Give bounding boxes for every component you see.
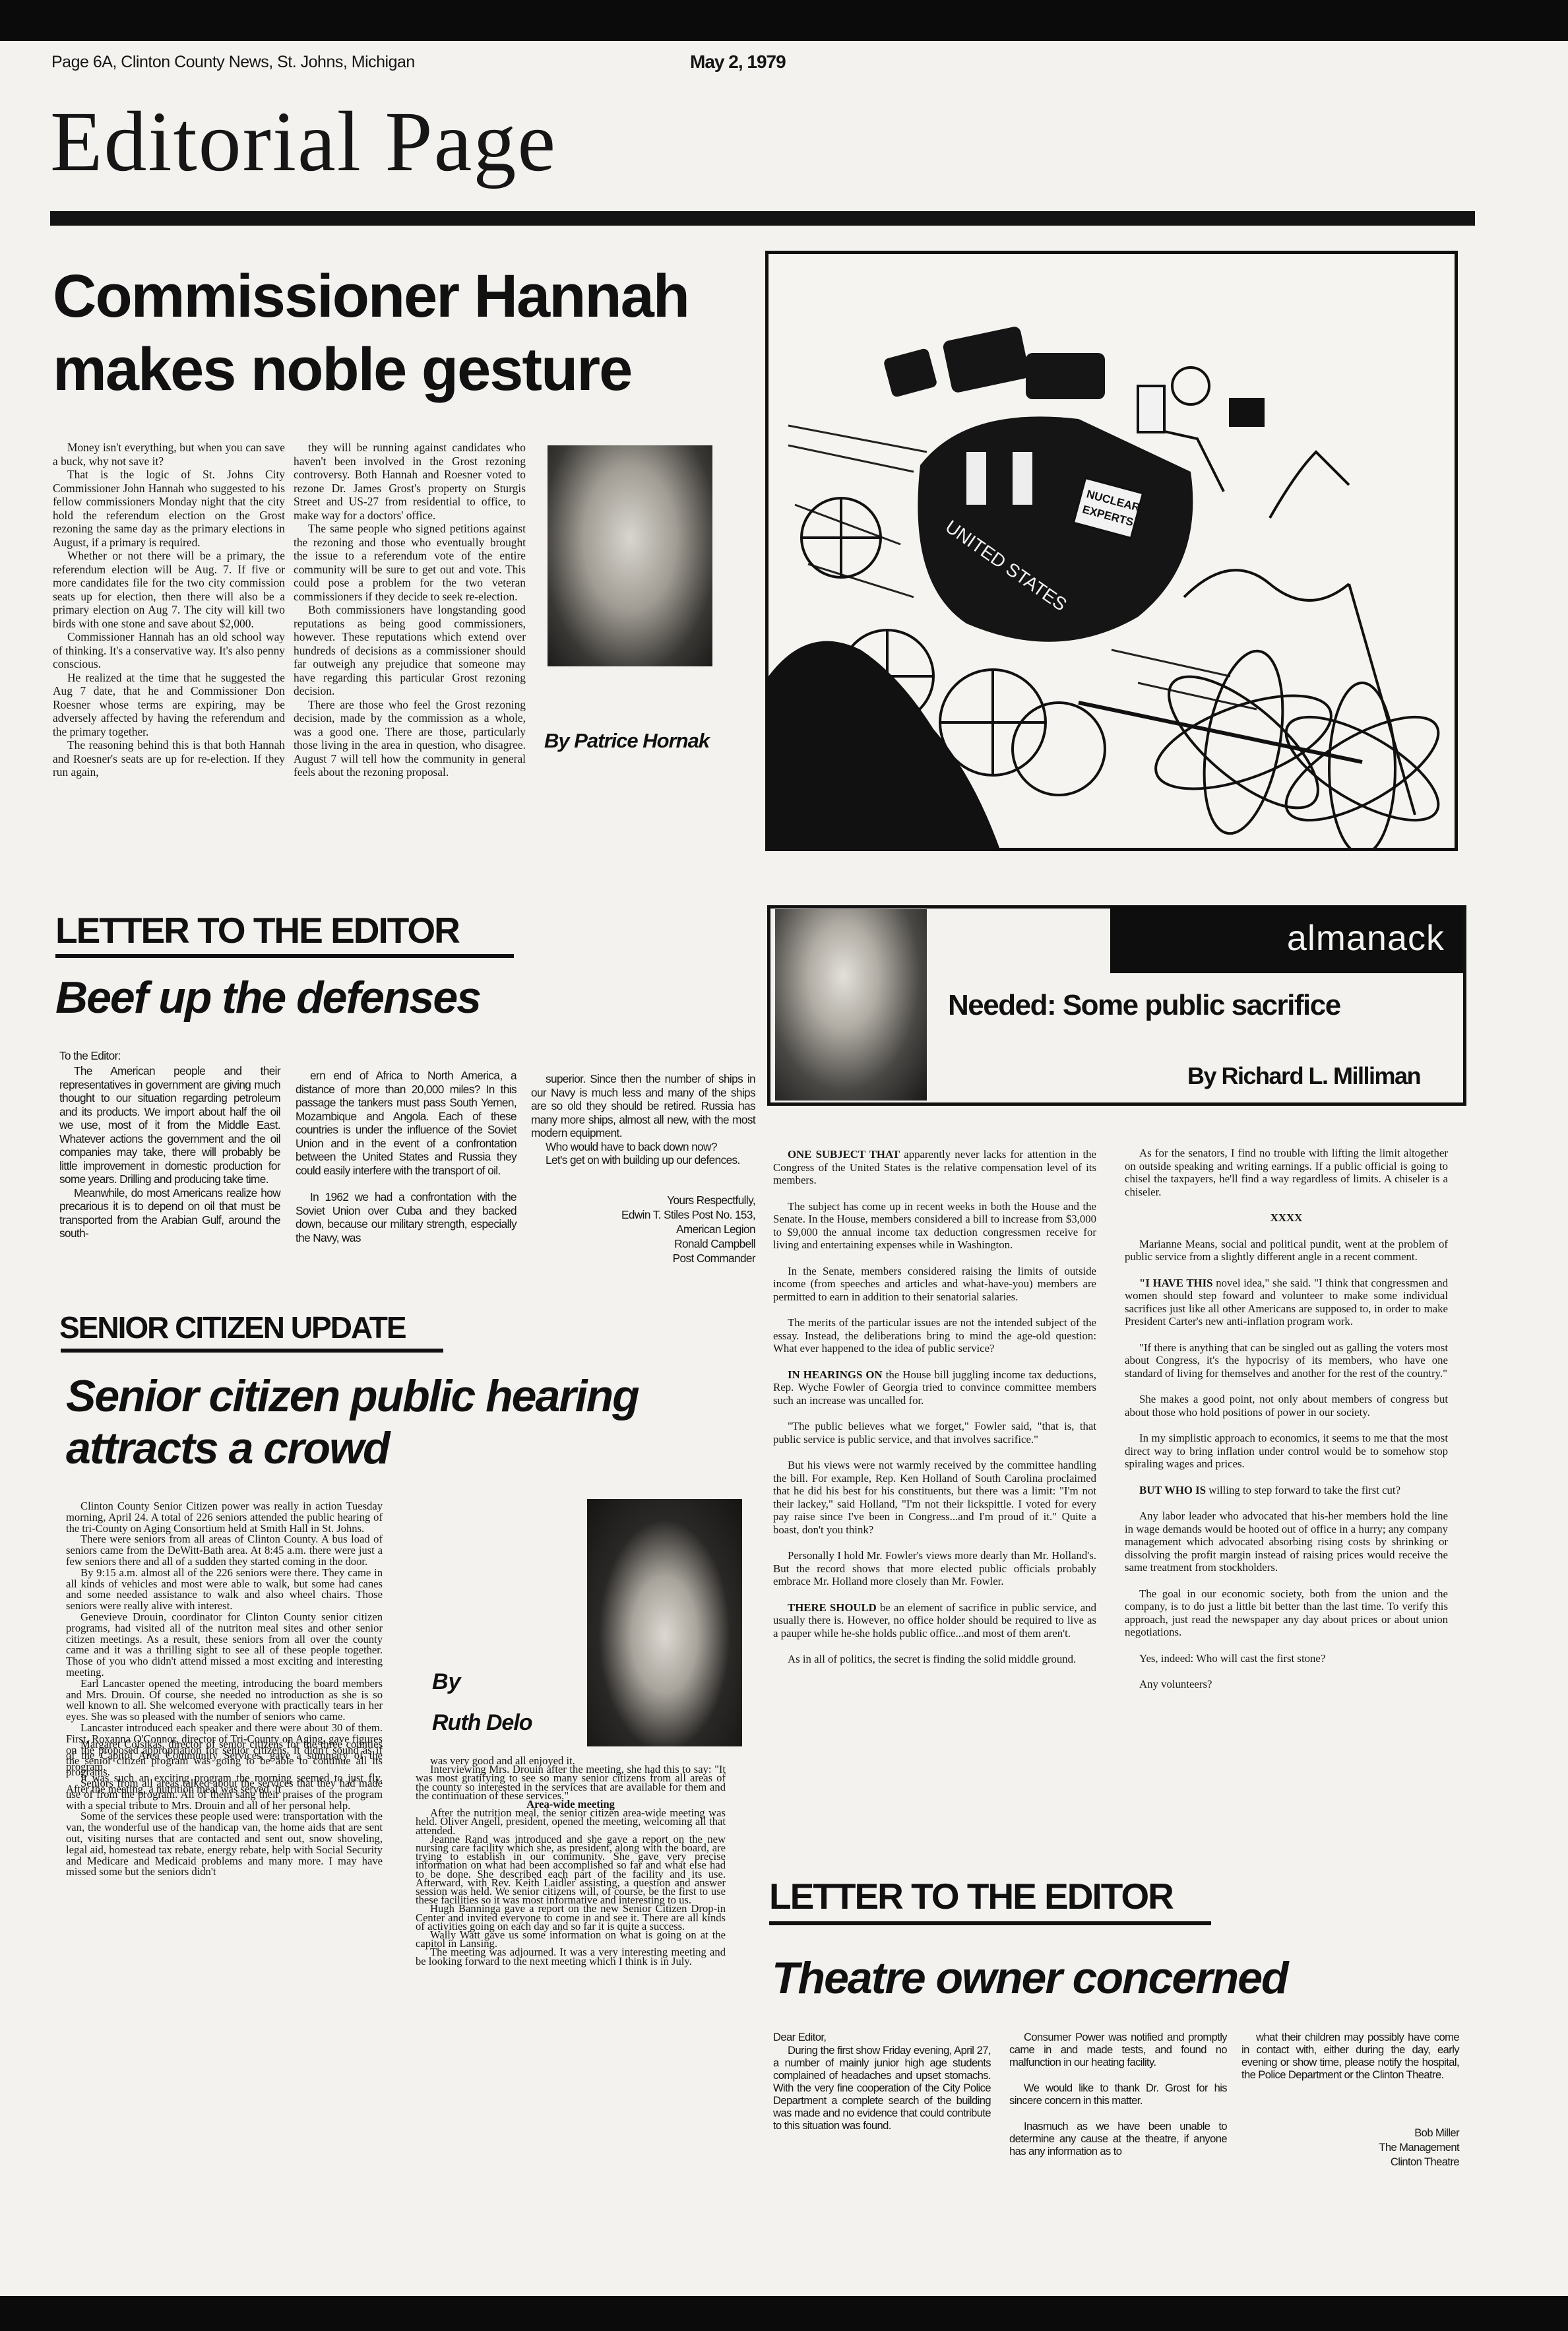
- editorial-byline: By Patrice Hornak: [544, 729, 709, 753]
- letter2-signature-line: The Management: [1241, 2140, 1459, 2155]
- almanack-paragraph: XXXX: [1125, 1211, 1448, 1225]
- almanack-paragraph: ONE SUBJECT THAT apparently never lacks …: [773, 1148, 1096, 1187]
- paragraph-text: Yes, indeed: Who will cast the first sto…: [1139, 1652, 1325, 1665]
- editorial-column-2: they will be running against candidates …: [294, 441, 526, 779]
- senior-column-1: Clinton County Senior Citizen power was …: [66, 1501, 383, 1878]
- letter1-kicker: LETTER TO THE EDITOR: [55, 909, 459, 951]
- letter2-paragraph: We would like to thank Dr. Grost for his…: [1009, 2082, 1227, 2107]
- author-photo-patrice-hornak: [548, 445, 712, 666]
- almanack-paragraph: "The public believes what we forget," Fo…: [773, 1420, 1096, 1446]
- senior-paragraph: Clinton County Senior Citizen power was …: [66, 1501, 383, 1534]
- editorial-headline-line2: makes noble gesture: [53, 337, 689, 402]
- editorial-paragraph: they will be running against candidates …: [294, 441, 526, 522]
- letter2-salutation: Dear Editor,: [773, 2031, 991, 2043]
- paragraph-text: willing to step forward to take the firs…: [1206, 1484, 1400, 1496]
- senior-column-2: was very good and all enjoyed it.Intervi…: [416, 1756, 726, 1965]
- letter1-column-3: superior. Since then the number of ships…: [531, 1072, 755, 1167]
- editorial-headline-line1: Commissioner Hannah: [53, 264, 689, 329]
- paragraph-lead-in: BUT WHO IS: [1139, 1484, 1206, 1496]
- letter2-kicker-rule: [769, 1921, 1211, 1925]
- paragraph-lead-in: ONE SUBJECT THAT: [788, 1148, 900, 1161]
- almanack-paragraph: The goal in our economic society, both f…: [1125, 1587, 1448, 1639]
- almanack-paragraph: In my simplistic approach to economics, …: [1125, 1432, 1448, 1471]
- paragraph-text: But his views were not warmly received b…: [773, 1459, 1096, 1536]
- letter2-column-3: what their children may possibly have co…: [1241, 2031, 1459, 2081]
- author-photo-richard-milliman: [775, 909, 927, 1101]
- editorial-paragraph: The same people who signed petitions aga…: [294, 522, 526, 603]
- almanack-paragraph: As in all of politics, the secret is fin…: [773, 1653, 1096, 1666]
- paragraph-text: Any volunteers?: [1139, 1678, 1212, 1690]
- almanack-paragraph: The subject has come up in recent weeks …: [773, 1200, 1096, 1252]
- paragraph-text: Personally I hold Mr. Fowler's views mor…: [773, 1549, 1096, 1587]
- almanack-paragraph: THERE SHOULD be an element of sacrifice …: [773, 1601, 1096, 1640]
- letter1-paragraph: Let's get on with building up our defenc…: [531, 1153, 755, 1167]
- scan-border-top: [0, 0, 1568, 41]
- senior-paragraph: Hugh Banninga gave a report on the new S…: [416, 1904, 726, 1931]
- letter2-paragraph: Inasmuch as we have been unable to deter…: [1009, 2120, 1227, 2157]
- senior-kicker-rule: [61, 1349, 443, 1353]
- letter2-signature-line: Clinton Theatre: [1241, 2155, 1459, 2169]
- almanack-column-1: ONE SUBJECT THAT apparently never lacks …: [773, 1148, 1096, 1666]
- letter1-signature-line: Post Commander: [531, 1251, 755, 1265]
- newspaper-page: Page 6A, Clinton County News, St. Johns,…: [0, 0, 1568, 2331]
- letter2-paragraph: what their children may possibly have co…: [1241, 2031, 1459, 2081]
- editorial-headline: Commissioner Hannah makes noble gesture: [53, 264, 689, 403]
- senior-byline-by: By: [432, 1669, 460, 1695]
- letter2-paragraph: Consumer Power was notified and promptly…: [1009, 2031, 1227, 2068]
- paragraph-text: The subject has come up in recent weeks …: [773, 1200, 1096, 1252]
- author-photo-ruth-delo: [587, 1499, 742, 1746]
- paragraph-text: "If there is anything that can be single…: [1125, 1341, 1448, 1380]
- paragraph-text: The merits of the particular issues are …: [773, 1316, 1096, 1355]
- almanack-section-label: almanack: [1110, 906, 1463, 973]
- senior-paragraph: Jeanne Rand was introduced and she gave …: [416, 1835, 726, 1905]
- paragraph-text: Any labor leader who advocated that his-…: [1125, 1510, 1448, 1574]
- letter1-paragraph: Meanwhile, do most Americans realize how…: [59, 1186, 280, 1240]
- almanack-byline: By Richard L. Milliman: [1187, 1064, 1420, 1089]
- cartoon-stagecoach-illustration: NUCLEAR EXPERTS UNITED STATES: [768, 254, 1455, 848]
- almanack-paragraph: Personally I hold Mr. Fowler's views mor…: [773, 1549, 1096, 1588]
- letter2-column-2: Consumer Power was notified and promptly…: [1009, 2031, 1227, 2157]
- paragraph-text: "The public believes what we forget," Fo…: [773, 1420, 1096, 1446]
- almanack-paragraph: Any volunteers?: [1125, 1678, 1448, 1691]
- senior-paragraph: After the nutrition meal, the senior cit…: [416, 1808, 726, 1835]
- paragraph-text: In my simplistic approach to economics, …: [1125, 1432, 1448, 1470]
- letter1-column-2: ern end of Africa to North America, a di…: [296, 1069, 517, 1244]
- letter2-kicker: LETTER TO THE EDITOR: [769, 1875, 1173, 1917]
- senior-paragraph: Earl Lancaster opened the meeting, intro…: [66, 1678, 383, 1723]
- senior-paragraph: There were seniors from all areas of Cli…: [66, 1534, 383, 1567]
- almanack-paragraph: Yes, indeed: Who will cast the first sto…: [1125, 1652, 1448, 1665]
- senior-column-1-continued: Margaret Colsikas, director of senior ci…: [66, 1739, 383, 1795]
- senior-headline: Senior citizen public hearing attracts a…: [66, 1372, 639, 1473]
- paragraph-lead-in: THERE SHOULD: [788, 1601, 877, 1614]
- letter1-signature-line: Yours Respectfully,: [531, 1193, 755, 1207]
- senior-headline-line1: Senior citizen public hearing: [66, 1372, 639, 1421]
- scan-border-bottom: [0, 2296, 1568, 2331]
- issue-date: May 2, 1979: [690, 51, 786, 73]
- letter2-paragraph: During the first show Friday evening, Ap…: [773, 2044, 991, 2132]
- senior-byline-name: Ruth Delo: [432, 1710, 532, 1736]
- paragraph-lead-in: IN HEARINGS ON: [788, 1368, 883, 1381]
- almanack-paragraph: Any labor leader who advocated that his-…: [1125, 1510, 1448, 1574]
- paragraph-text: She makes a good point, not only about m…: [1125, 1393, 1448, 1419]
- letter1-paragraph: In 1962 we had a confrontation with the …: [296, 1190, 517, 1244]
- letter1-paragraph: Who would have to back down now?: [531, 1140, 755, 1154]
- almanack-headline: Needed: Some public sacrifice: [948, 990, 1340, 1021]
- letter2-column-1: During the first show Friday evening, Ap…: [773, 2044, 991, 2132]
- paragraph-text: As in all of politics, the secret is fin…: [788, 1653, 1076, 1665]
- paragraph-text: Marianne Means, social and political pun…: [1125, 1238, 1448, 1263]
- letter2-signature-line: Bob Miller: [1241, 2126, 1459, 2140]
- editorial-paragraph: Money isn't everything, but when you can…: [53, 441, 285, 468]
- senior-paragraph: Interviewing Mrs. Drouin after the meeti…: [416, 1765, 726, 1800]
- letter1-signature: Yours Respectfully,Edwin T. Stiles Post …: [531, 1193, 755, 1265]
- senior-paragraph: Some of the services these people used w…: [66, 1811, 383, 1878]
- almanack-paragraph: IN HEARINGS ON the House bill juggling i…: [773, 1368, 1096, 1407]
- letter1-signature-line: Ronald Campbell: [531, 1236, 755, 1251]
- page-title: Editorial Page: [50, 99, 557, 185]
- editorial-paragraph: The reasoning behind this is that both H…: [53, 738, 285, 779]
- letter1-salutation-text: To the Editor:: [59, 1049, 284, 1063]
- letter1-paragraph: ern end of Africa to North America, a di…: [296, 1069, 517, 1177]
- editorial-paragraph: Both commissioners have longstanding goo…: [294, 603, 526, 698]
- almanack-paragraph: As for the senators, I find no trouble w…: [1125, 1147, 1448, 1198]
- letter2-signature: Bob MillerThe ManagementClinton Theatre: [1241, 2126, 1459, 2169]
- almanack-column-2: As for the senators, I find no trouble w…: [1125, 1147, 1448, 1691]
- letter1-paragraph: The American people and their representa…: [59, 1064, 280, 1186]
- paragraph-text: The goal in our economic society, both f…: [1125, 1587, 1448, 1639]
- senior-kicker: SENIOR CITIZEN UPDATE: [59, 1310, 406, 1345]
- masthead-rule: [50, 211, 1475, 226]
- almanack-paragraph: In the Senate, members considered raisin…: [773, 1265, 1096, 1304]
- paragraph-text: In the Senate, members considered raisin…: [773, 1265, 1096, 1303]
- almanack-paragraph: The merits of the particular issues are …: [773, 1316, 1096, 1355]
- letter2-salutation-text: Dear Editor,: [773, 2031, 991, 2043]
- paragraph-text: As for the senators, I find no trouble w…: [1125, 1147, 1448, 1198]
- letter1-salutation: To the Editor:: [59, 1049, 284, 1063]
- senior-paragraph: Margaret Colsikas, director of senior ci…: [66, 1739, 383, 1772]
- senior-headline-line2: attracts a crowd: [66, 1424, 639, 1473]
- senior-paragraph: The meeting was adjourned. It was a very…: [416, 1948, 726, 1965]
- letter1-signature-line: Edwin T. Stiles Post No. 153,: [531, 1207, 755, 1222]
- editorial-paragraph: That is the logic of St. Johns City Comm…: [53, 468, 285, 549]
- almanack-paragraph: BUT WHO IS willing to step forward to ta…: [1125, 1484, 1448, 1497]
- letter1-signature-line: American Legion: [531, 1222, 755, 1236]
- senior-paragraph: It was such an exciting program the morn…: [66, 1772, 383, 1795]
- editorial-paragraph: There are those who feel the Grost rezon…: [294, 698, 526, 779]
- letter1-headline: Beef up the defenses: [55, 974, 480, 1022]
- editorial-paragraph: Commissioner Hannah has an old school wa…: [53, 630, 285, 671]
- letter1-paragraph: superior. Since then the number of ships…: [531, 1072, 755, 1140]
- editorial-cartoon: NUCLEAR EXPERTS UNITED STATES: [765, 251, 1458, 851]
- almanack-paragraph: But his views were not warmly received b…: [773, 1459, 1096, 1536]
- editorial-column-1: Money isn't everything, but when you can…: [53, 441, 285, 779]
- letter1-column-1: The American people and their representa…: [59, 1064, 280, 1240]
- editorial-paragraph: Whether or not there will be a primary, …: [53, 549, 285, 630]
- almanack-paragraph: She makes a good point, not only about m…: [1125, 1393, 1448, 1419]
- letter1-kicker-rule: [55, 954, 514, 958]
- senior-paragraph: By 9:15 a.m. almost all of the 226 senio…: [66, 1568, 383, 1612]
- almanack-paragraph: "If there is anything that can be single…: [1125, 1341, 1448, 1380]
- almanack-paragraph: "I HAVE THIS novel idea," she said. "I t…: [1125, 1277, 1448, 1328]
- paragraph-text: XXXX: [1270, 1211, 1302, 1224]
- almanack-paragraph: Marianne Means, social and political pun…: [1125, 1238, 1448, 1263]
- senior-paragraph: Genevieve Drouin, coordinator for Clinto…: [66, 1612, 383, 1678]
- letter2-headline: Theatre owner concerned: [772, 1954, 1288, 2002]
- paragraph-lead-in: "I HAVE THIS: [1139, 1277, 1212, 1289]
- page-folio: Page 6A, Clinton County News, St. Johns,…: [51, 53, 415, 72]
- editorial-paragraph: He realized at the time that he suggeste…: [53, 671, 285, 739]
